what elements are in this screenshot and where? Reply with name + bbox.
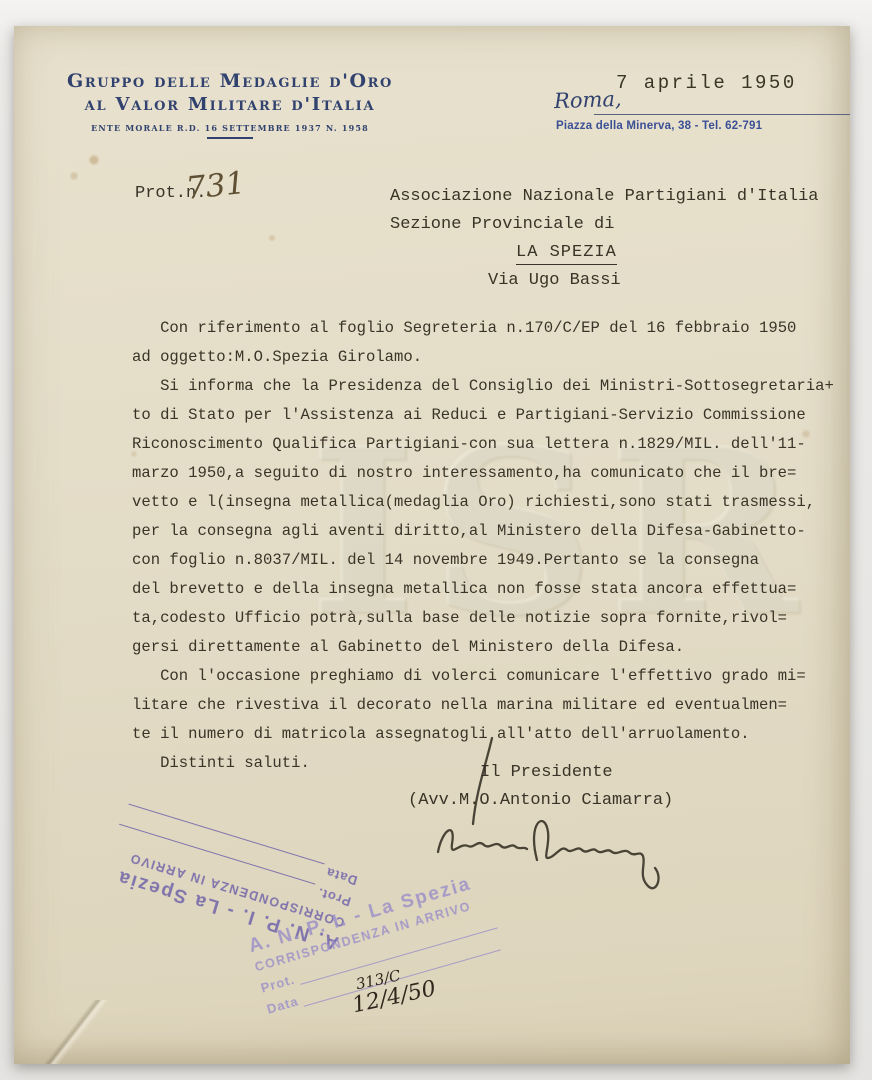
- body-line: ta,codesto Ufficio potrà,sulla base dell…: [132, 604, 862, 633]
- protocol-number-handwritten: 731: [184, 165, 247, 207]
- body-line: to di Stato per l'Assistenza ai Reduci e…: [132, 401, 862, 430]
- recipient-section: Sezione Provinciale di: [390, 211, 818, 239]
- dateline-city: Roma,: [554, 87, 622, 113]
- body-line: Riconoscimento Qualifica Partigiani-con …: [132, 430, 862, 459]
- body-line: vetto e l(insegna metallica(medaglia Oro…: [132, 488, 862, 517]
- body-line: te il numero di matricola assegnatogli a…: [132, 720, 862, 749]
- recipient-block: Associazione Nazionale Partigiani d'Ital…: [390, 183, 818, 294]
- body-line: Con riferimento al foglio Segreteria n.1…: [132, 314, 862, 343]
- body-line: ad oggetto:M.O.Spezia Girolamo.: [132, 343, 862, 372]
- recipient-city: LA SPEZIA: [516, 242, 617, 265]
- body-line: gersi direttamente al Gabinetto del Mini…: [132, 633, 862, 662]
- recipient-organization: Associazione Nazionale Partigiani d'Ital…: [390, 183, 818, 211]
- body-line: Si informa che la Presidenza del Consigl…: [132, 372, 862, 401]
- body-line: del brevetto e della insegna metallica n…: [132, 575, 862, 604]
- letter-body: Con riferimento al foglio Segreteria n.1…: [132, 314, 862, 778]
- signature-name: (Avv.M.O.Antonio Ciamarra): [408, 791, 673, 810]
- letter-page: ISR Gruppo delle Medaglie d'Oro al Valor…: [14, 26, 850, 1064]
- stamp-data-label: Data: [324, 865, 359, 889]
- signature-title: Il Presidente: [480, 763, 613, 782]
- paper-crease: [32, 1000, 118, 1064]
- dateline-rule: [594, 114, 850, 115]
- letterhead-line1: Gruppo delle Medaglie d'Oro: [62, 70, 398, 92]
- body-line: con foglio n.8037/MIL. del 14 novembre 1…: [132, 546, 862, 575]
- dateline-address: Piazza della Minerva, 38 - Tel. 62-791: [556, 120, 762, 132]
- letterhead-line3: Ente morale R.D. 16 settembre 1937 n. 19…: [62, 123, 398, 133]
- body-line: Con l'occasione preghiamo di volerci com…: [132, 662, 862, 691]
- body-line: per la consegna agli aventi diritto,al M…: [132, 517, 862, 546]
- stamp-prot-label: Prot.: [259, 972, 296, 996]
- letterhead: Gruppo delle Medaglie d'Oro al Valor Mil…: [62, 70, 398, 139]
- body-line: marzo 1950,a seguito di nostro interessa…: [132, 459, 862, 488]
- scan-background: ISR Gruppo delle Medaglie d'Oro al Valor…: [0, 0, 872, 1080]
- stamp-data-label: Data: [265, 993, 300, 1016]
- letterhead-rule: [207, 137, 253, 139]
- recipient-street: Via Ugo Bassi: [488, 267, 818, 295]
- dateline-date: 7 aprile 1950: [616, 72, 797, 94]
- letterhead-line2: al Valor Militare d'Italia: [62, 94, 398, 115]
- stamp-prot-label: Prot.: [315, 885, 352, 909]
- body-line: litare che rivestiva il decorato nella m…: [132, 691, 862, 720]
